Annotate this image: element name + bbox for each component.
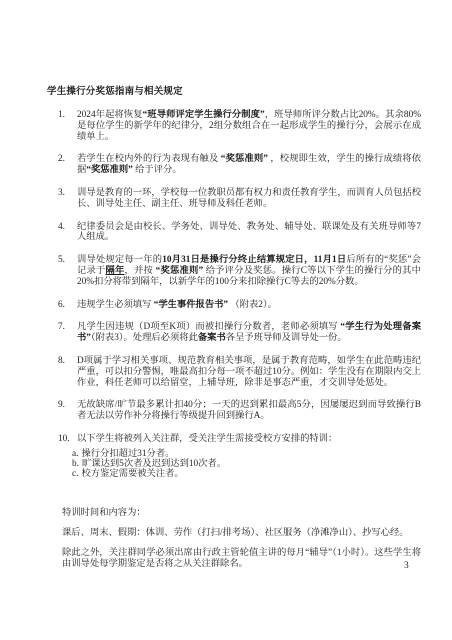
text-run: 10月31日是操行分终止结算规定日，11月1日 (162, 255, 346, 265)
item-number: 4. (58, 222, 77, 244)
text-run: 训导是教育的一环，学校每一位教职员都有权力和责任教育学生，而训育人员包括校长、训… (77, 188, 421, 209)
special-training-paragraph: 除此之外，关注群同学必须出席由行政主管轮值主讲的每月“辅导”（1小时）。这些学生… (62, 548, 421, 570)
item-text: 凡学生因违规（D项至K项）而被扣操行分数者，老师必须填写 “学生行为处理备案书”… (77, 322, 421, 344)
document-content: 学生操行分奖惩指南与相关规定 1.2024年起将恢复“班导师评定学生操行分制度”… (47, 83, 421, 579)
text-run: “学生事件报告书” (154, 300, 228, 310)
item-number: 6. (58, 300, 77, 311)
text-run: 训导处规定每一年的 (77, 255, 162, 265)
text-run: “班导师评定学生操行分制度” (143, 110, 265, 120)
regulation-item: 8.D项属于学习相关事项、规范教育相关事项，是属于教育范畴，如学生在此范畴违纪严… (58, 356, 421, 388)
item-number: 2. (58, 154, 77, 176)
text-run: 凡学生因违规（D项至K项）而被扣操行分数者，老师必须填写 (77, 322, 340, 332)
special-training-paragraph: 课后、周末、假期：体训、劳作（打扫/排考场）、社区服务（净滩净山）、抄写心经。 (62, 528, 421, 539)
item-text: 纪律委员会是由校长、学务处、训导处、教务处、辅导处、联课处及有关班导师等7人组成… (77, 222, 421, 244)
text-run: 给于评分。 (133, 165, 182, 175)
item-text: 若学生在校内外的行为表现有触及 “奖惩准则” ，校规即生效，学生的操行成绩将依据… (77, 154, 421, 176)
sub-item-list: a.操行分扣超过31分者。b.旷课达到5次者及迟到达到10次者。c.校方鉴定需要… (72, 449, 421, 480)
regulation-item: 1.2024年起将恢复“班导师评定学生操行分制度”，班导师所评分数占比20%。其… (58, 110, 421, 142)
regulation-item: 6.违规学生必须填写 “学生事件报告书” （附表2）。 (58, 300, 421, 311)
page-title: 学生操行分奖惩指南与相关规定 (47, 83, 421, 97)
item-text: 以下学生将被列入关注群，受关注学生需接受校方安排的特训：a.操行分扣超过31分者… (77, 434, 421, 480)
sub-item-label: b. (72, 459, 79, 469)
item-number: 5. (58, 255, 77, 287)
sub-item: a.操行分扣超过31分者。 (72, 449, 421, 459)
sub-item-text: 旷课达到5次者及迟到达到10次者。 (82, 459, 226, 469)
text-run: 隔年 (106, 266, 125, 276)
sub-item-label: c. (72, 469, 78, 479)
item-number: 9. (58, 400, 77, 422)
item-number: 1. (58, 110, 77, 142)
special-training-heading: 特训时间和内容为： (62, 508, 421, 519)
sub-item-text: 操行分扣超过31分者。 (81, 449, 174, 459)
regulation-item: 2.若学生在校内外的行为表现有触及 “奖惩准则” ，校规即生效，学生的操行成绩将… (58, 154, 421, 176)
item-number: 3. (58, 188, 77, 210)
text-run: “奖惩准则” (221, 154, 268, 164)
text-run: 纪律委员会是由校长、学务处、训导处、教务处、辅导处、联课处及有关班导师等7人组成… (77, 222, 421, 243)
regulation-item: 7.凡学生因违规（D项至K项）而被扣操行分数者，老师必须填写 “学生行为处理备案… (58, 322, 421, 344)
item-text: 2024年起将恢复“班导师评定学生操行分制度”，班导师所评分数占比20%。其余8… (77, 110, 421, 142)
item-text: 训导是教育的一环，学校每一位教职员都有权力和责任教育学生，而训育人员包括校长、训… (77, 188, 421, 210)
text-run: “奖惩准则” (156, 266, 204, 276)
text-run: 备案书 (198, 333, 226, 343)
text-run: 无故缺席/旷节最多累计扣40分；一天的迟到累扣最高5分，因屡屡迟到而导致操行B者… (77, 400, 421, 421)
text-run: （附表2）。 (228, 300, 277, 310)
text-run: （附表3）。处理后必须将此 (91, 333, 198, 343)
item-text: D项属于学习相关事项、规范教育相关事项，是属于教育范畴，如学生在此范畴违纪严重，… (77, 356, 421, 388)
document-page: 学生操行分奖惩指南与相关规定 1.2024年起将恢复“班导师评定学生操行分制度”… (0, 0, 452, 640)
item-number: 7. (58, 322, 77, 344)
regulation-item: 10.以下学生将被列入关注群，受关注学生需接受校方安排的特训：a.操行分扣超过3… (58, 434, 421, 480)
item-text: 训导处规定每一年的10月31日是操行分终止结算规定日，11月1日后所有的“奖惩”… (77, 255, 421, 287)
text-run: “奖惩准则” (86, 165, 133, 175)
item-text: 无故缺席/旷节最多累计扣40分；一天的迟到累扣最高5分，因屡屡迟到而导致操行B者… (77, 400, 421, 422)
special-training-paragraphs: 课后、周末、假期：体训、劳作（打扫/排考场）、社区服务（净滩净山）、抄写心经。除… (62, 528, 421, 569)
text-run: 以下学生将被列入关注群，受关注学生需接受校方安排的特训： (77, 434, 337, 444)
text-run: 2024年起将恢复 (77, 110, 143, 120)
text-run: ，并按 (125, 266, 156, 276)
regulation-item: 4.纪律委员会是由校长、学务处、训导处、教务处、辅导处、联课处及有关班导师等7人… (58, 222, 421, 244)
page-number: 3 (404, 561, 409, 571)
sub-item-text: 校方鉴定需要被关注者。 (81, 469, 183, 479)
text-run: D项属于学习相关事项、规范教育相关事项，是属于教育范畴，如学生在此范畴违纪严重，… (77, 356, 421, 388)
sub-item-label: a. (72, 449, 78, 459)
text-run: 若学生在校内外的行为表现有触及 (77, 154, 221, 164)
text-run: 各呈予班导师及训导处一份。 (226, 333, 347, 343)
regulation-item: 5.训导处规定每一年的10月31日是操行分终止结算规定日，11月1日后所有的“奖… (58, 255, 421, 287)
regulation-item: 9.无故缺席/旷节最多累计扣40分；一天的迟到累扣最高5分，因屡屡迟到而导致操行… (58, 400, 421, 422)
regulations-list: 1.2024年起将恢复“班导师评定学生操行分制度”，班导师所评分数占比20%。其… (58, 110, 421, 480)
item-text: 违规学生必须填写 “学生事件报告书” （附表2）。 (77, 300, 421, 311)
sub-item: c.校方鉴定需要被关注者。 (72, 469, 421, 479)
special-training-section: 特训时间和内容为： 课后、周末、假期：体训、劳作（打扫/排考场）、社区服务（净滩… (62, 508, 421, 570)
sub-item: b.旷课达到5次者及迟到达到10次者。 (72, 459, 421, 469)
item-number: 8. (58, 356, 77, 388)
text-run: 违规学生必须填写 (77, 300, 154, 310)
regulation-item: 3.训导是教育的一环，学校每一位教职员都有权力和责任教育学生，而训育人员包括校长… (58, 188, 421, 210)
